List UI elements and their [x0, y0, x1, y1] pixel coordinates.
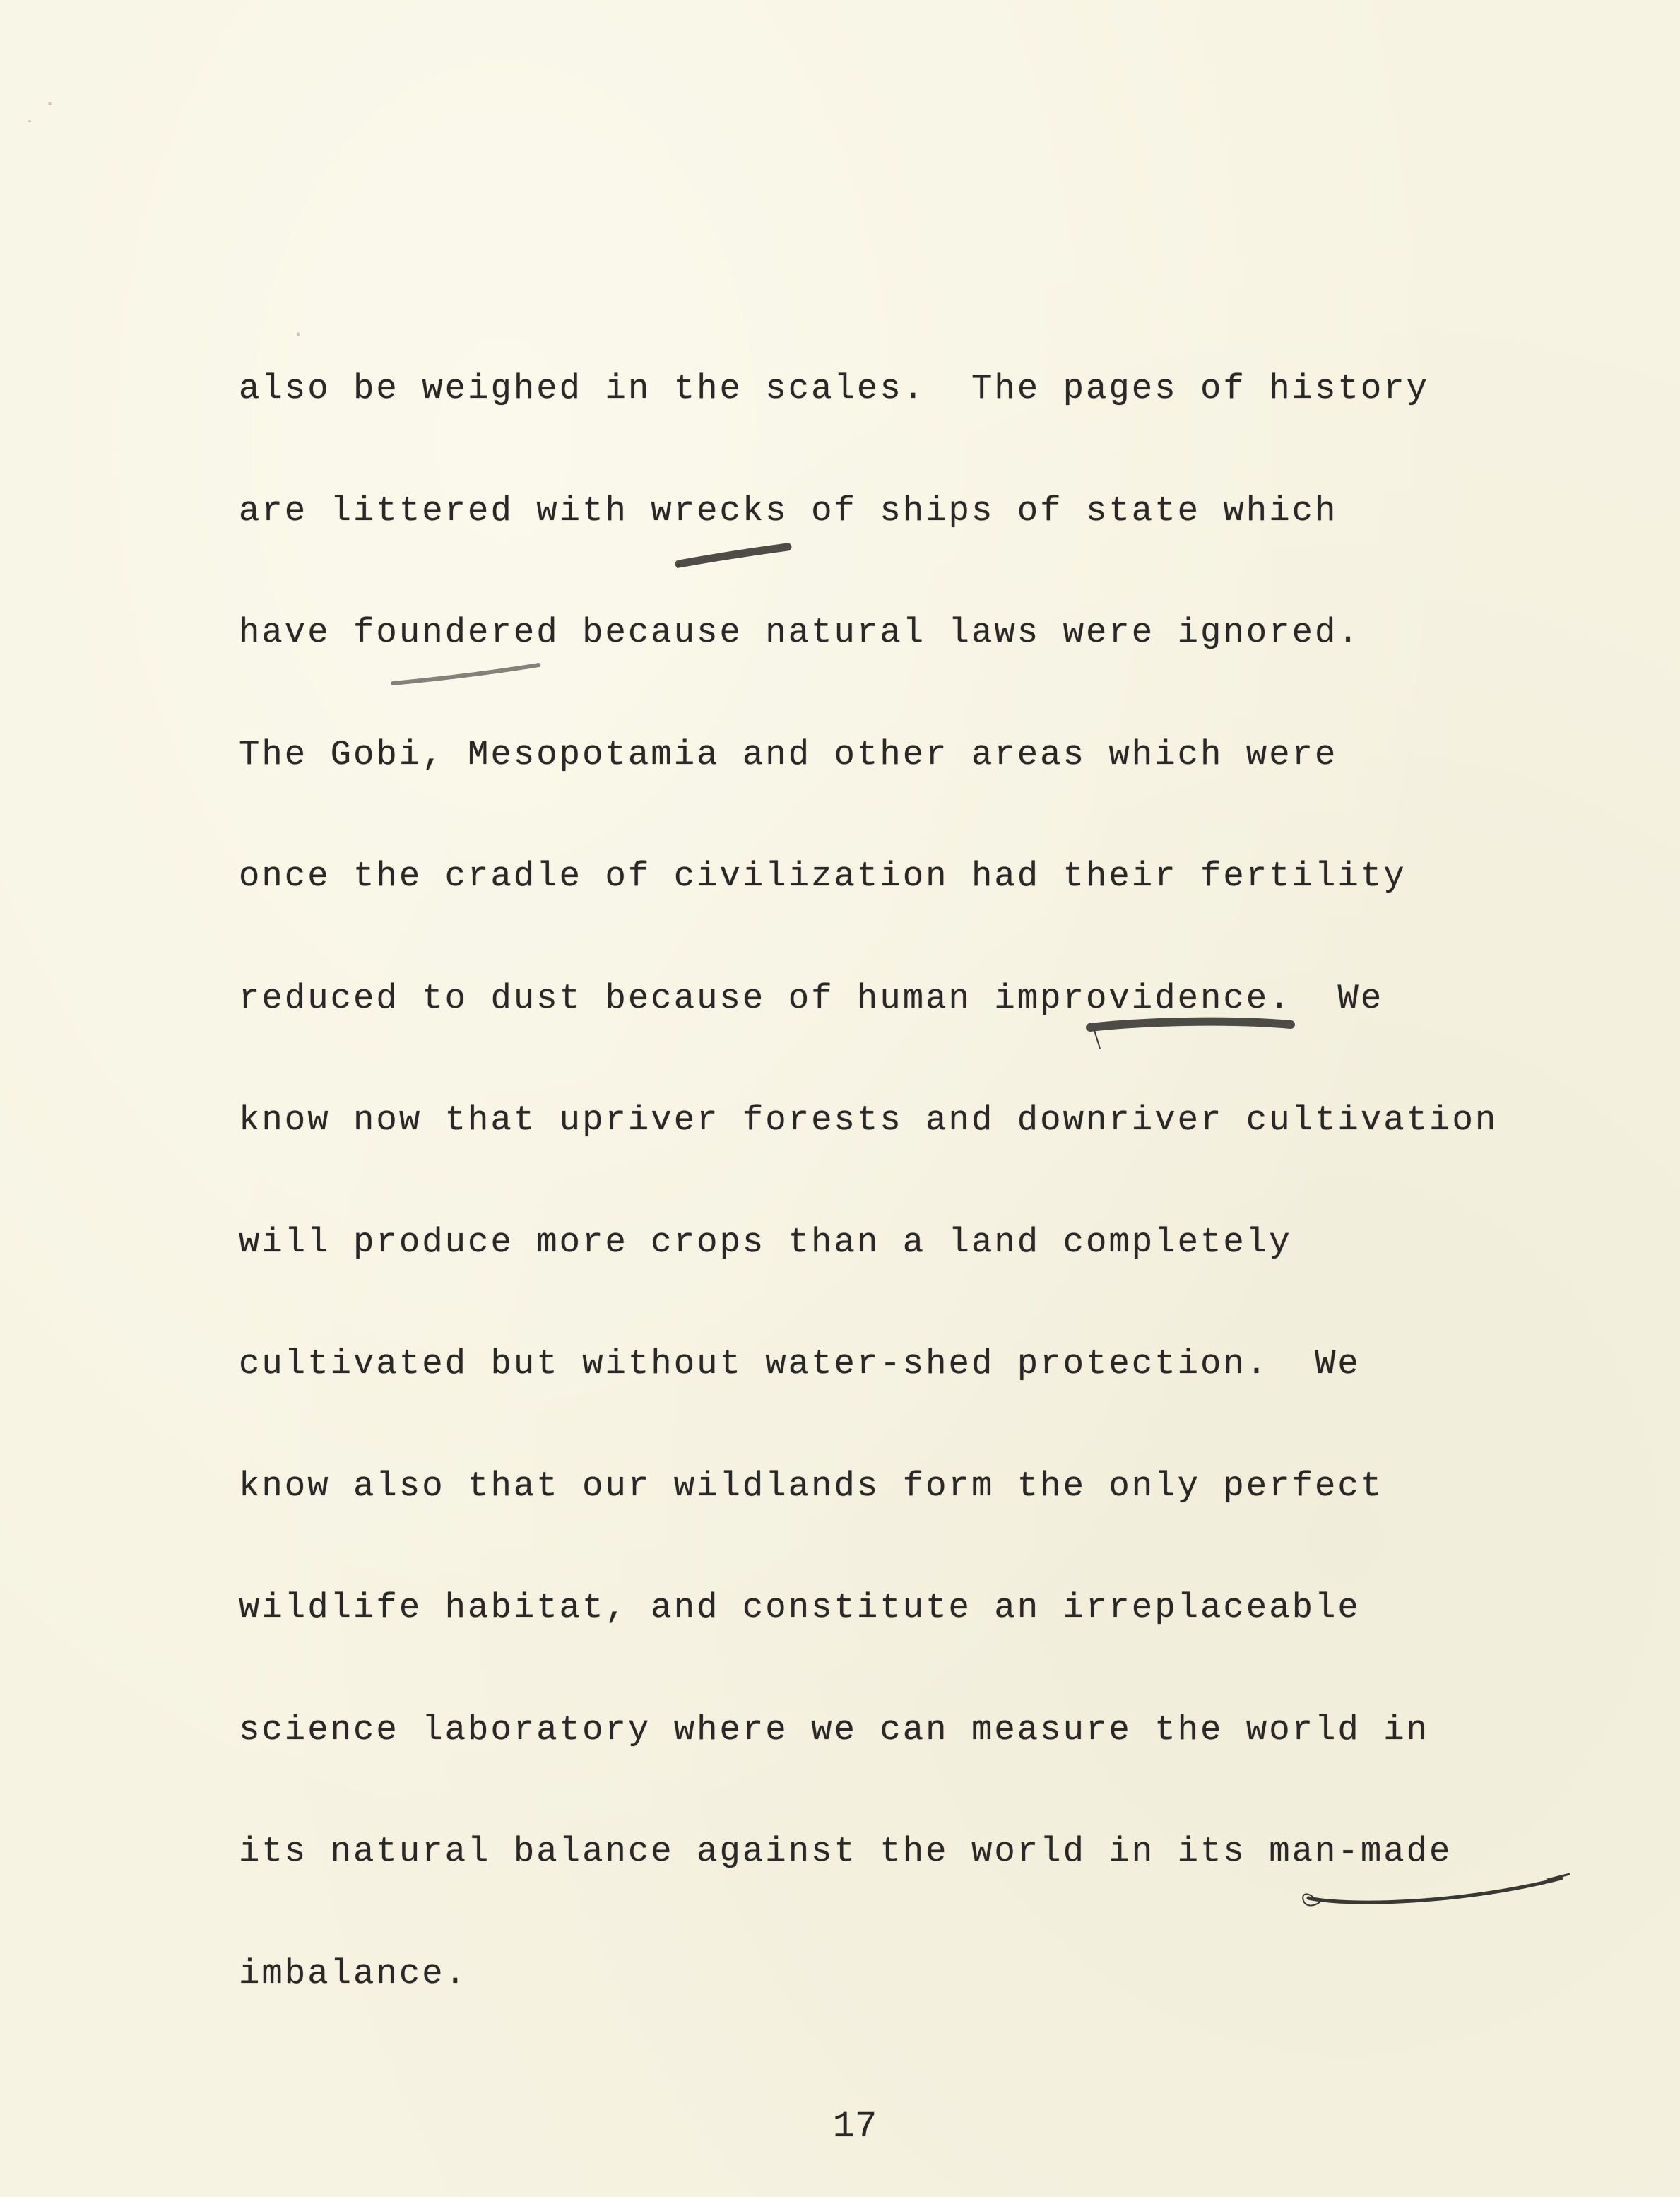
text-line: imbalance.	[239, 1942, 1581, 2064]
text-line: The Gobi, Mesopotamia and other areas wh…	[239, 723, 1581, 845]
pencil-underline-wrecks	[675, 536, 795, 571]
pencil-underline-foundered	[387, 654, 550, 689]
paper-speck	[28, 120, 31, 122]
text-line: also be weighed in the scales. The pages…	[239, 357, 1581, 479]
document-page: also be weighed in the scales. The pages…	[0, 0, 1680, 2197]
pencil-underline-improvidence	[1084, 1012, 1303, 1054]
pencil-underline-man-made	[1293, 1866, 1575, 1915]
text-line: reduced to dust because of human improvi…	[239, 967, 1581, 1089]
paper-speck	[48, 102, 52, 105]
text-line: cultivated but without water-shed protec…	[239, 1332, 1581, 1454]
text-line: wildlife habitat, and constitute an irre…	[239, 1576, 1581, 1698]
page-number: 17	[820, 2106, 890, 2148]
text-line: know also that our wildlands form the on…	[239, 1454, 1581, 1577]
text-line: will produce more crops than a land comp…	[239, 1211, 1581, 1333]
text-line: are littered with wrecks of ships of sta…	[239, 479, 1581, 601]
text-line: science laboratory where we can measure …	[239, 1698, 1581, 1820]
typed-text-body: also be weighed in the scales. The pages…	[239, 357, 1581, 2063]
text-line: know now that upriver forests and downri…	[239, 1088, 1581, 1211]
paper-speck	[297, 332, 300, 336]
text-line: once the cradle of civilization had thei…	[239, 844, 1581, 967]
